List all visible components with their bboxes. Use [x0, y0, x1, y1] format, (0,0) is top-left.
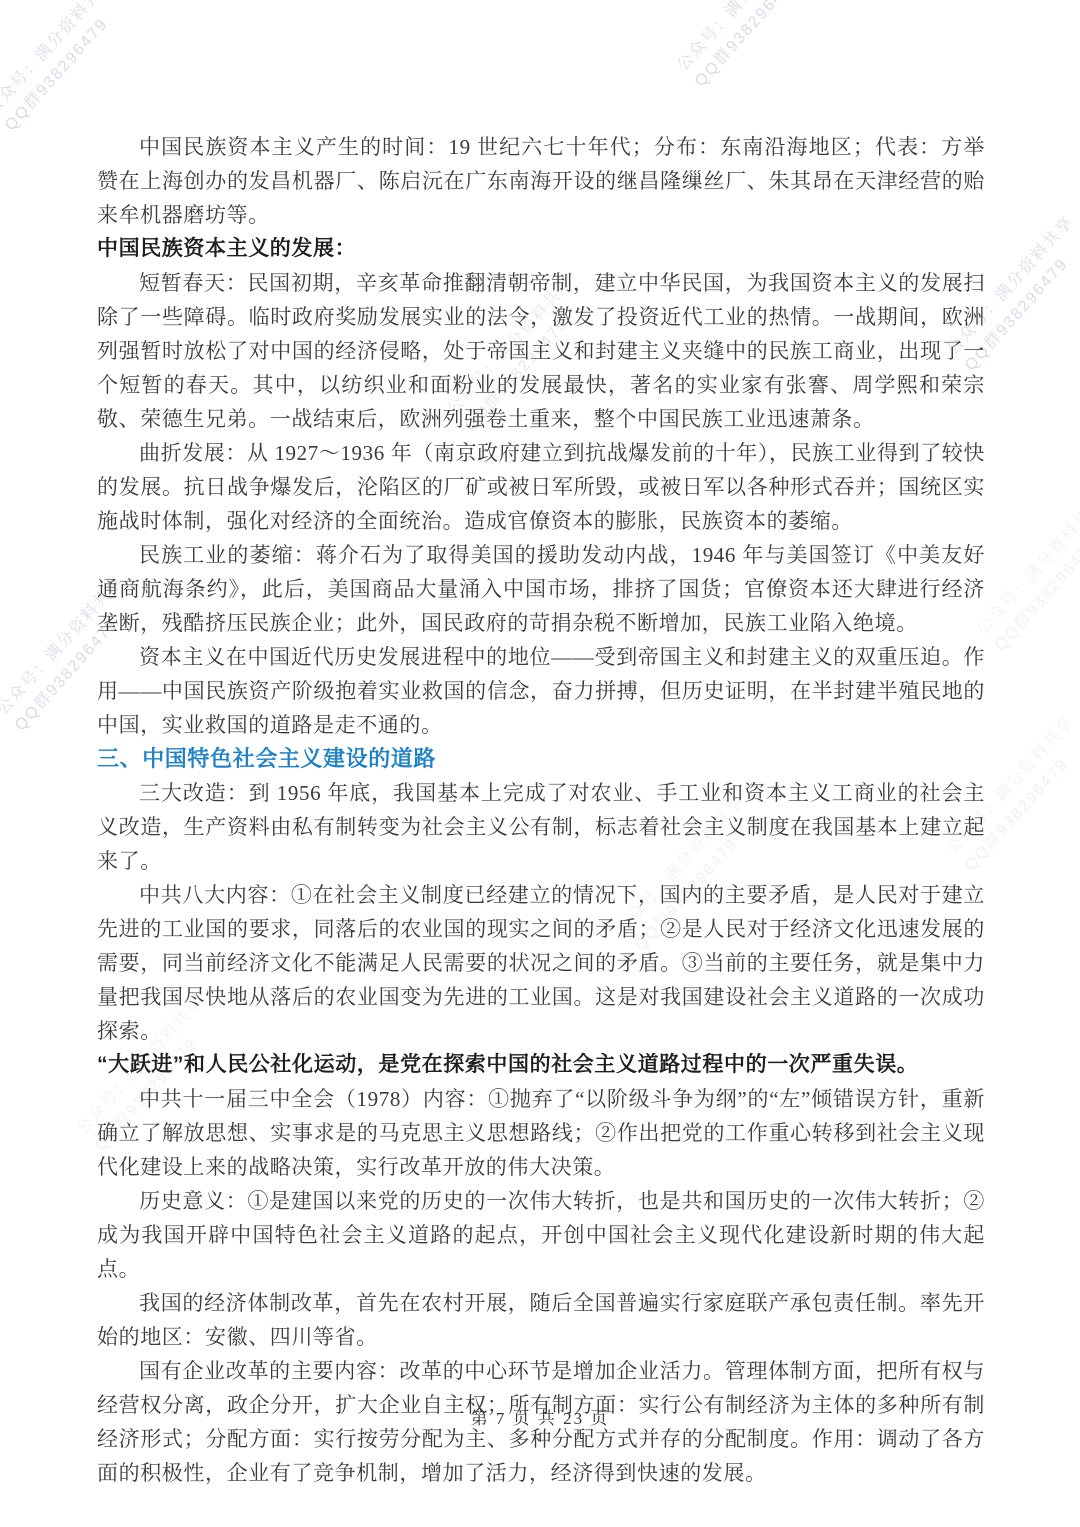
paragraph: 我国的经济体制改革，首先在农村开展，随后全国普遍实行家庭联产承包责任制。率先开始…	[97, 1286, 985, 1354]
paragraph: 历史意义：①是建国以来党的历史的一次伟大转折，也是共和国历史的一次伟大转折；②成…	[97, 1184, 985, 1286]
paragraph: 资本主义在中国近代历史发展进程中的地位——受到帝国主义和封建主义的双重压迫。作用…	[97, 640, 985, 742]
page-number-text: 第 7 页 共 23 页	[471, 1409, 610, 1428]
document-page: 公众号：满分资料共享QQ群938296479 公众号：满分资料共享QQ群9382…	[0, 0, 1080, 1527]
page-footer: 第 7 页 共 23 页	[0, 1404, 1080, 1429]
paragraph: 曲折发展：从 1927～1936 年（南京政府建立到抗战爆发前的十年），民族工业…	[97, 436, 985, 538]
watermark: 公众号：满分资料共享QQ群938296479	[972, 491, 1080, 657]
watermark: 公众号：满分资料共享QQ群938296479	[672, 0, 828, 93]
paragraph: 短暂春天：民国初期，辛亥革命推翻清朝帝制，建立中华民国，为我国资本主义的发展扫除…	[97, 266, 985, 436]
document-body: 中国民族资本主义产生的时间：19 世纪六七十年代；分布：东南沿海地区；代表：方举…	[97, 130, 985, 1490]
paragraph: 中国民族资本主义产生的时间：19 世纪六七十年代；分布：东南沿海地区；代表：方举…	[97, 130, 985, 232]
paragraph: 中共八大内容：①在社会主义制度已经建立的情况下，国内的主要矛盾，是人民对于建立先…	[97, 878, 985, 1048]
section-heading: 三、中国特色社会主义建设的道路	[97, 742, 985, 776]
paragraph: 三大改造：到 1956 年底，我国基本上完成了对农业、手工业和资本主义工商业的社…	[97, 776, 985, 878]
paragraph: 民族工业的萎缩：蒋介石为了取得美国的援助发动内战，1946 年与美国签订《中美友…	[97, 538, 985, 640]
watermark: 公众号：满分资料共享QQ群938296479	[0, 0, 138, 137]
sub-heading: 中国民族资本主义的发展：	[97, 232, 985, 266]
emphasis-line: “大跃进”和人民公社化运动，是党在探索中国的社会主义道路过程中的一次严重失误。	[97, 1048, 985, 1082]
paragraph: 中共十一届三中全会（1978）内容：①抛弃了“以阶级斗争为纲”的“左”倾错误方针…	[97, 1082, 985, 1184]
